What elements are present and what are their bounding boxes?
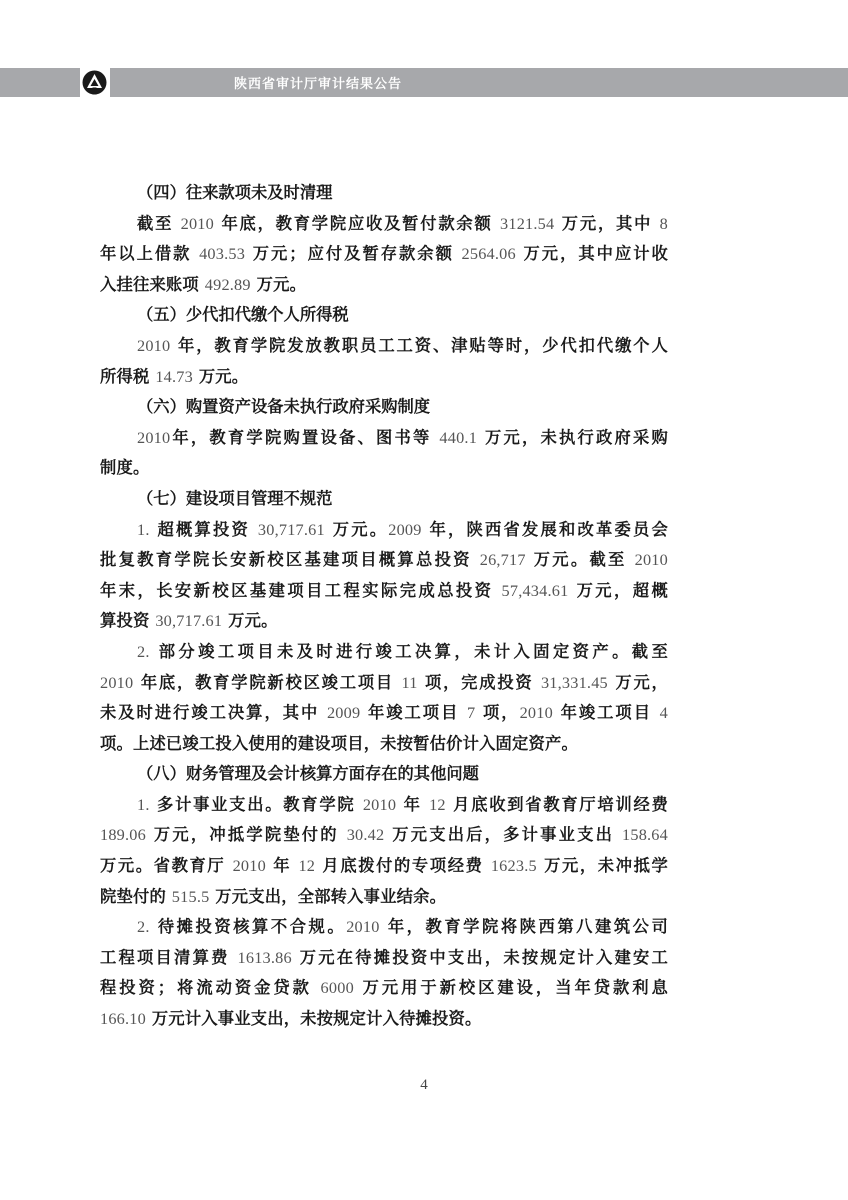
numeric-value: 2009	[388, 520, 421, 539]
paragraph-line: 截至 2010 年底，教育学院应收及暂付款余额 3121.54 万元，其中 8	[100, 209, 668, 240]
section-heading: （六）购置资产设备未执行政府采购制度	[100, 392, 668, 423]
numeric-value: 440.1	[439, 428, 477, 447]
numeric-value: 14.73	[155, 367, 193, 386]
numeric-value: 403.53	[199, 244, 245, 263]
numeric-value: 11	[401, 673, 417, 692]
numeric-value: 2010	[137, 428, 170, 447]
numeric-value: 30,717.61	[258, 520, 325, 539]
numeric-value: 2010	[346, 917, 379, 936]
paragraph-line: 1. 多计事业支出。教育学院 2010 年 12 月底收到省教育厅培训经费	[100, 790, 668, 821]
numeric-value: 166.10	[100, 1009, 146, 1028]
paragraph-line: 年末，长安新校区基建项目工程实际完成总投资 57,434.61 万元，超概	[100, 576, 668, 607]
paragraph-line: 年以上借款 403.53 万元；应付及暂存款余额 2564.06 万元，其中应计…	[100, 239, 668, 270]
numeric-value: 515.5	[172, 887, 210, 906]
numeric-value: 2010	[100, 673, 133, 692]
numeric-value: 1613.86	[238, 948, 292, 967]
numeric-value: 3121.54	[500, 214, 554, 233]
paragraph-line: 算投资 30,717.61 万元。	[100, 606, 668, 637]
paragraph-line: 制度。	[100, 453, 668, 484]
numeric-value: 31,331.45	[541, 673, 608, 692]
paragraph-line: 万元。省教育厅 2010 年 12 月底拨付的专项经费 1623.5 万元，未冲…	[100, 851, 668, 882]
header-bar-right-segment: 陕西省审计厅审计结果公告	[110, 68, 848, 97]
numeric-value: 7	[467, 703, 475, 722]
paragraph-line: 工程项目清算费 1613.86 万元在待摊投资中支出，未按规定计入建安工	[100, 943, 668, 974]
paragraph-line: 院垫付的 515.5 万元支出，全部转入事业结余。	[100, 882, 668, 913]
paragraph-line: 166.10 万元计入事业支出，未按规定计入待摊投资。	[100, 1004, 668, 1035]
numeric-value: 158.64	[622, 825, 668, 844]
numeric-value: 2009	[327, 703, 360, 722]
numeric-value: 1.	[137, 795, 150, 814]
paragraph-line: 2010 年，教育学院发放教职员工工资、津贴等时，少代扣代缴个人	[100, 331, 668, 362]
paragraph-line: 2. 部分竣工项目未及时进行竣工决算，未计入固定资产。截至	[100, 637, 668, 668]
section-heading: （五）少代扣代缴个人所得税	[100, 300, 668, 331]
header-bar: 陕西省审计厅审计结果公告	[0, 68, 848, 97]
numeric-value: 57,434.61	[502, 581, 569, 600]
page-number: 4	[0, 1077, 848, 1094]
numeric-value: 4	[660, 703, 668, 722]
header-bar-left-segment	[0, 68, 80, 97]
numeric-value: 2010	[137, 336, 170, 355]
numeric-value: 2.	[137, 917, 150, 936]
numeric-value: 1.	[137, 520, 150, 539]
numeric-value: 2010	[181, 214, 214, 233]
numeric-value: 1623.5	[491, 856, 537, 875]
numeric-value: 6000	[321, 978, 354, 997]
numeric-value: 2010	[233, 856, 266, 875]
paragraph-line: 批复教育学院长安新校区基建项目概算总投资 26,717 万元。截至 2010	[100, 545, 668, 576]
numeric-value: 2010	[520, 703, 553, 722]
paragraph-line: 2010 年底，教育学院新校区竣工项目 11 项，完成投资 31,331.45 …	[100, 668, 668, 699]
section-heading: （八）财务管理及会计核算方面存在的其他问题	[100, 759, 668, 790]
numeric-value: 8	[660, 214, 668, 233]
numeric-value: 12	[298, 856, 315, 875]
section-heading: （七）建设项目管理不规范	[100, 484, 668, 515]
section-heading: （四）往来款项未及时清理	[100, 178, 668, 209]
paragraph-line: 1. 超概算投资 30,717.61 万元。2009 年，陕西省发展和改革委员会	[100, 515, 668, 546]
numeric-value: 30.42	[347, 825, 385, 844]
header-title: 陕西省审计厅审计结果公告	[234, 73, 402, 92]
numeric-value: 26,717	[480, 550, 526, 569]
paragraph-line: 未及时进行竣工决算，其中 2009 年竣工项目 7 项，2010 年竣工项目 4	[100, 698, 668, 729]
paragraph-line: 2. 待摊投资核算不合规。2010 年，教育学院将陕西第八建筑公司	[100, 912, 668, 943]
numeric-value: 2010	[635, 550, 668, 569]
numeric-value: 492.89	[205, 275, 251, 294]
numeric-value: 30,717.61	[155, 611, 222, 630]
paragraph-line: 入挂往来账项 492.89 万元。	[100, 270, 668, 301]
paragraph-line: 项。上述已竣工投入使用的建设项目，未按暂估价计入固定资产。	[100, 729, 668, 760]
paragraph-line: 189.06 万元，冲抵学院垫付的 30.42 万元支出后，多计事业支出 158…	[100, 820, 668, 851]
numeric-value: 12	[429, 795, 446, 814]
paragraph-line: 程投资；将流动资金贷款 6000 万元用于新校区建设，当年贷款利息	[100, 973, 668, 1004]
numeric-value: 2564.06	[462, 244, 516, 263]
audit-office-emblem-icon	[82, 70, 107, 95]
numeric-value: 2010	[363, 795, 396, 814]
document-body: （四）往来款项未及时清理截至 2010 年底，教育学院应收及暂付款余额 3121…	[100, 178, 668, 1035]
numeric-value: 189.06	[100, 825, 146, 844]
numeric-value: 2.	[137, 642, 150, 661]
paragraph-line: 所得税 14.73 万元。	[100, 362, 668, 393]
paragraph-line: 2010年，教育学院购置设备、图书等 440.1 万元，未执行政府采购	[100, 423, 668, 454]
